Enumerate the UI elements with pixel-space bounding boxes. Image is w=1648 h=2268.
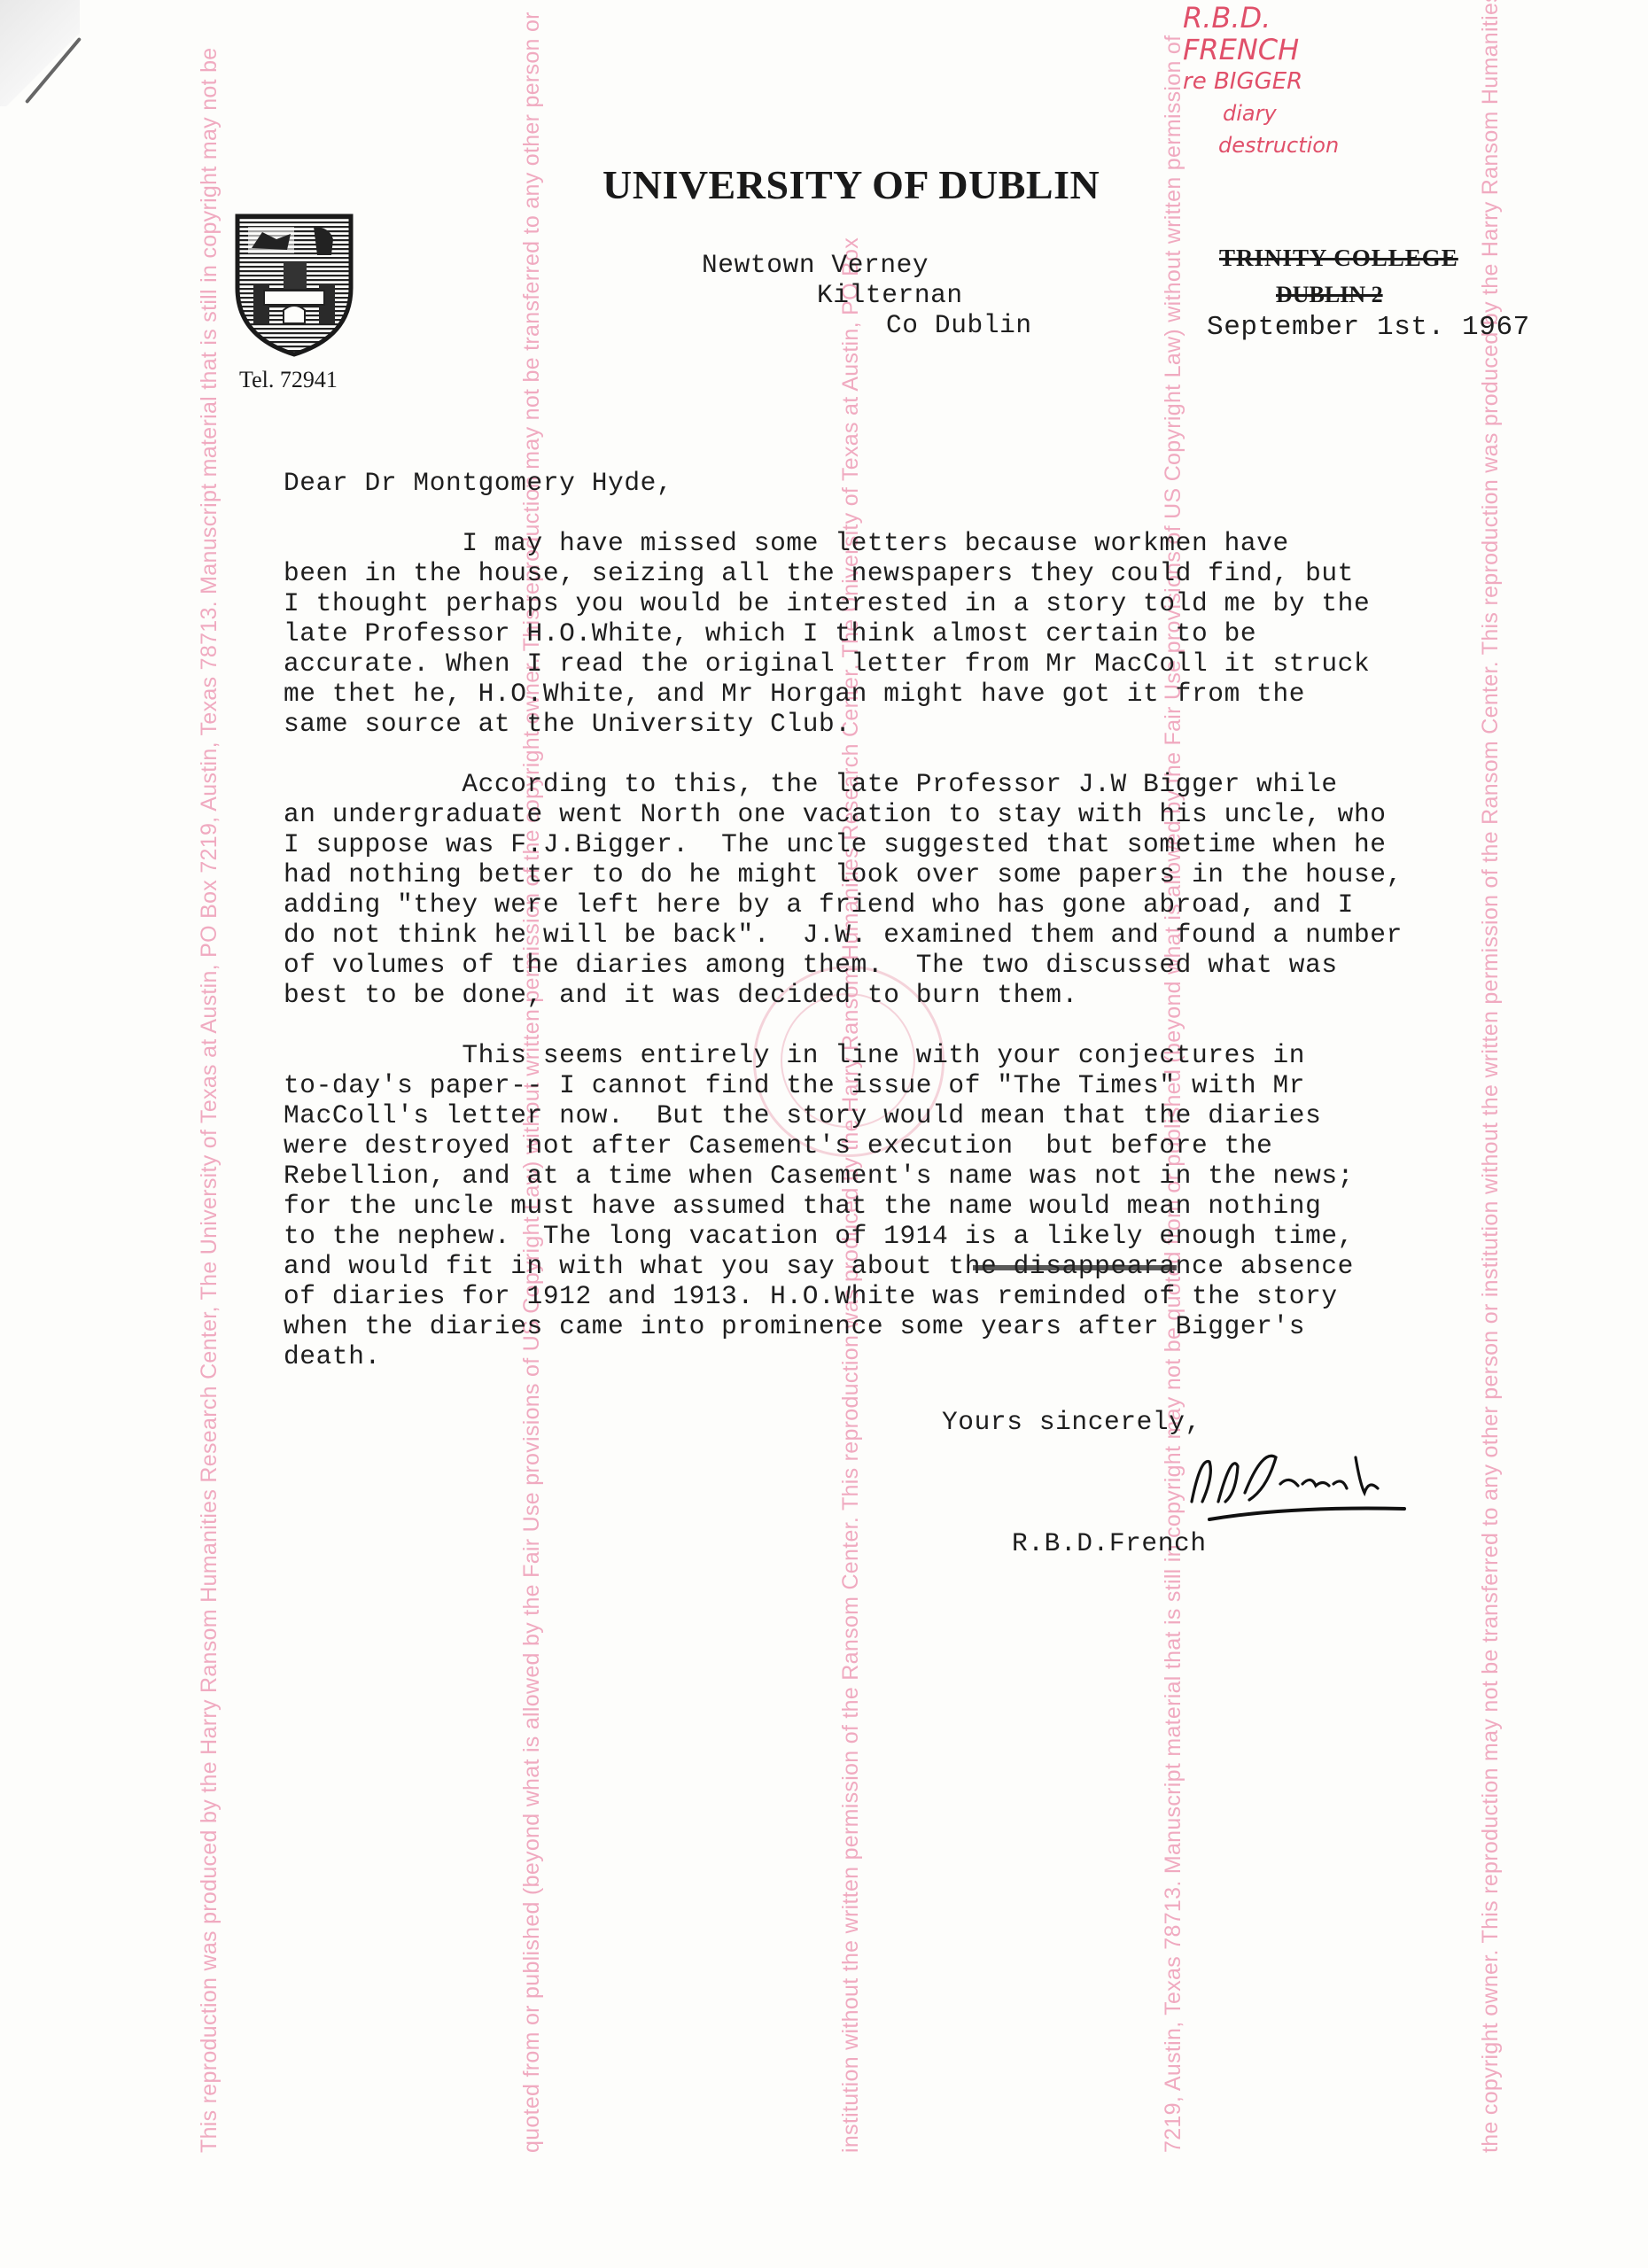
- sender-address-line-3: Co Dublin: [886, 310, 1032, 340]
- telephone-number: Tel. 72941: [239, 367, 338, 393]
- annotation-line: destruction: [1218, 129, 1339, 161]
- body-line: best to be done, and it was decided to b…: [284, 980, 1078, 1010]
- sender-address-line-1: Newtown Verney: [702, 250, 929, 280]
- printed-address-college: TRINITY COLLEGE: [1219, 245, 1458, 272]
- annotation-line: diary: [1223, 97, 1339, 129]
- handwritten-annotation: R.B.D. FRENCH re BIGGER diary destructio…: [1183, 2, 1339, 161]
- body-line: had nothing better to do he might look o…: [284, 859, 1403, 889]
- body-line: late Professor H.O.White, which I think …: [284, 618, 1256, 649]
- letter-date: September 1st. 1967: [1207, 312, 1530, 343]
- body-line: adding "they were left here by a friend …: [284, 889, 1354, 920]
- printed-address-city-text: DUBLIN 2: [1276, 282, 1383, 307]
- body-line: for the uncle must have assumed that the…: [284, 1191, 1321, 1221]
- institution-name: UNIVERSITY OF DUBLIN: [602, 161, 1100, 208]
- body-line: to the nephew. The long vacation of 1914…: [284, 1221, 1354, 1251]
- salutation: Dear Dr Montgomery Hyde,: [284, 468, 672, 498]
- body-line: when the diaries came into prominence so…: [284, 1311, 1305, 1341]
- body-line: and would fit in with what you say about…: [284, 1251, 1354, 1281]
- handwritten-signature: [1183, 1440, 1440, 1524]
- body-line: same source at the University Club.: [284, 709, 851, 739]
- watermark-column-1: This reproduction was produced by the Ha…: [197, 0, 223, 2268]
- body-line: an undergraduate went North one vacation…: [284, 799, 1387, 829]
- body-line: were destroyed not after Casement's exec…: [284, 1130, 1272, 1161]
- body-line: to-day's paper-- I cannot find the issue…: [284, 1070, 1305, 1100]
- struck-word-overstrike: [973, 1265, 1177, 1270]
- body-line: do not think he will be back". J.W. exam…: [284, 920, 1403, 950]
- body-line: of volumes of the diaries among them. Th…: [284, 950, 1338, 980]
- body-line: I suppose was F.J.Bigger. The uncle sugg…: [284, 829, 1387, 859]
- body-line: MacColl's letter now. But the story woul…: [284, 1100, 1321, 1130]
- body-line: I may have missed some letters because w…: [284, 528, 1289, 558]
- body-line: death.: [284, 1341, 381, 1371]
- printed-address-city: DUBLIN 2: [1276, 282, 1383, 308]
- body-line: This seems entirely in line with your co…: [284, 1040, 1305, 1070]
- watermark-text: This reproduction was produced by the Ha…: [197, 47, 222, 2153]
- closing: Yours sincerely,: [942, 1407, 1201, 1437]
- body-line: Rebellion, and at a time when Casement's…: [284, 1161, 1354, 1191]
- body-line: I thought perhaps you would be intereste…: [284, 588, 1370, 618]
- body-line: me thet he, H.O.White, and Mr Horgan mig…: [284, 679, 1305, 709]
- annotation-line: FRENCH: [1183, 34, 1339, 66]
- body-line: of diaries for 1912 and 1913. H.O.White …: [284, 1281, 1338, 1311]
- body-line: According to this, the late Professor J.…: [284, 769, 1338, 799]
- annotation-line: R.B.D.: [1183, 2, 1339, 34]
- body-line: accurate. When I read the original lette…: [284, 649, 1370, 679]
- university-crest-icon: [232, 213, 356, 359]
- typed-signature-name: R.B.D.French: [1012, 1528, 1207, 1558]
- body-line: been in the house, seizing all the newsp…: [284, 558, 1354, 588]
- sender-address-line-2: Kilternan: [817, 280, 963, 310]
- annotation-line: re BIGGER: [1183, 66, 1339, 97]
